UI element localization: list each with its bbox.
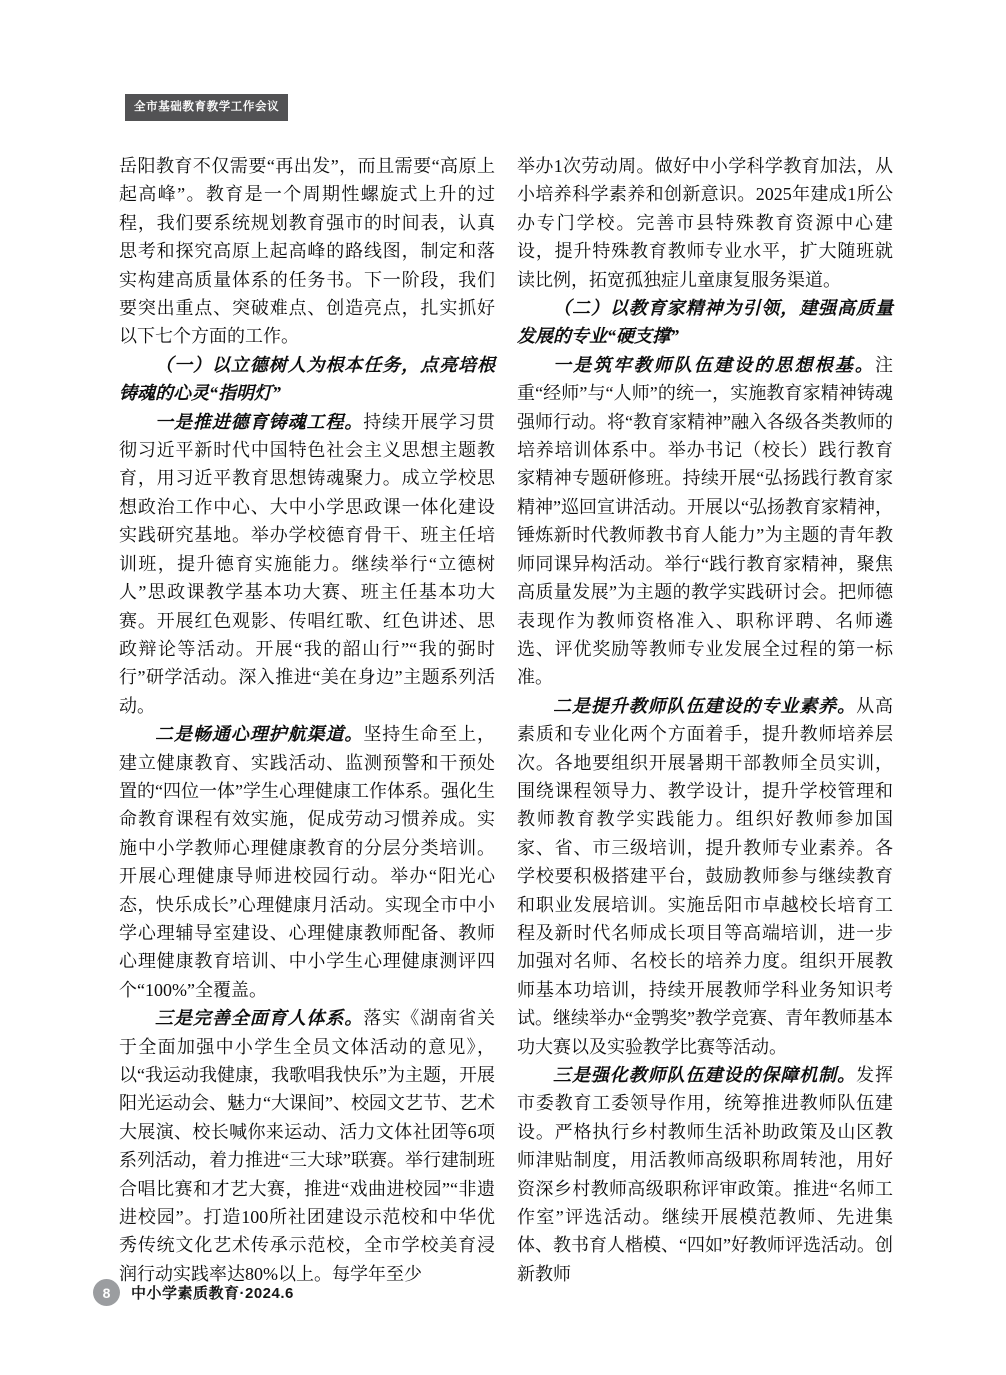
paragraph-text: 注重“经师”与“人师”的统一，实施教育家精神铸魂强师行动。将“教育家精神”融入各… [517, 355, 893, 687]
paragraph-lead: 三是完善全面育人体系。 [155, 1008, 363, 1028]
section-heading-one: （一）以立德树人为根本任务，点亮培根铸魂的心灵“指明灯” [119, 351, 495, 408]
paragraph-lead: 一是筑牢教师队伍建设的思想根基。 [553, 355, 875, 375]
paragraph-lead: 一是推进德育铸魂工程。 [155, 412, 363, 432]
paragraph: 一是筑牢教师队伍建设的思想根基。注重“经师”与“人师”的统一，实施教育家精神铸魂… [517, 351, 893, 692]
paragraph: 三是完善全面育人体系。落实《湖南省关于全面加强中小学生全员文体活动的意见》，以“… [119, 1004, 495, 1288]
page-number-badge: 8 [93, 1279, 120, 1306]
paragraph-text: 发挥市委教育工委领导作用，统筹推进教师队伍建设。严格执行乡村教师生活补助政策及山… [517, 1065, 893, 1284]
magazine-page: 全市基础教育教学工作会议 岳阳教育不仅需要“再出发”，而且需要“高原上起高峰”。… [0, 0, 1006, 1375]
two-column-text-area: 岳阳教育不仅需要“再出发”，而且需要“高原上起高峰”。教育是一个周期性螺旋式上升… [119, 152, 894, 1288]
journal-title: 中小学素质教育·2024.6 [131, 1282, 294, 1303]
paragraph: 二是畅通心理护航渠道。坚持生命至上，建立健康教育、实践活动、监测预警和干预处置的… [119, 720, 495, 1004]
paragraph: 二是提升教师队伍建设的专业素养。从高素质和专业化两个方面着手，提升教师培养层次。… [517, 692, 893, 1061]
paragraph-text: 持续开展学习贯彻习近平新时代中国特色社会主义思想主题教育，用习近平教育思想铸魂聚… [119, 412, 495, 716]
section-header-badge: 全市基础教育教学工作会议 [125, 94, 288, 121]
section-heading-two: （二）以教育家精神为引领，建强高质量发展的专业“硬支撑” [517, 294, 893, 351]
page-footer: 8 中小学素质教育·2024.6 [93, 1279, 294, 1306]
right-column: 举办1次劳动周。做好中小学科学教育加法，从小培养科学素养和创新意识。2025年建… [517, 152, 893, 1288]
paragraph-lead: 二是畅通心理护航渠道。 [155, 724, 363, 744]
paragraph-text: 坚持生命至上，建立健康教育、实践活动、监测预警和干预处置的“四位一体”学生心理健… [119, 724, 495, 1000]
page-number: 8 [103, 1285, 111, 1301]
paragraph: 三是强化教师队伍建设的保障机制。发挥市委教育工委领导作用，统筹推进教师队伍建设。… [517, 1061, 893, 1288]
paragraph-text: 从高素质和专业化两个方面着手，提升教师培养层次。各地要组织开展暑期干部教师全员实… [517, 696, 893, 1057]
paragraph-lead: 二是提升教师队伍建设的专业素养。 [553, 696, 856, 716]
paragraph-lead: 三是强化教师队伍建设的保障机制。 [553, 1065, 856, 1085]
paragraph-continuation: 举办1次劳动周。做好中小学科学教育加法，从小培养科学素养和创新意识。2025年建… [517, 152, 893, 294]
paragraph-text: 落实《湖南省关于全面加强中小学生全员文体活动的意见》，以“我运动我健康，我歌唱我… [119, 1008, 495, 1284]
left-column: 岳阳教育不仅需要“再出发”，而且需要“高原上起高峰”。教育是一个周期性螺旋式上升… [119, 152, 495, 1288]
paragraph: 一是推进德育铸魂工程。持续开展学习贯彻习近平新时代中国特色社会主义思想主题教育，… [119, 408, 495, 720]
paragraph-continuation: 岳阳教育不仅需要“再出发”，而且需要“高原上起高峰”。教育是一个周期性螺旋式上升… [119, 152, 495, 351]
